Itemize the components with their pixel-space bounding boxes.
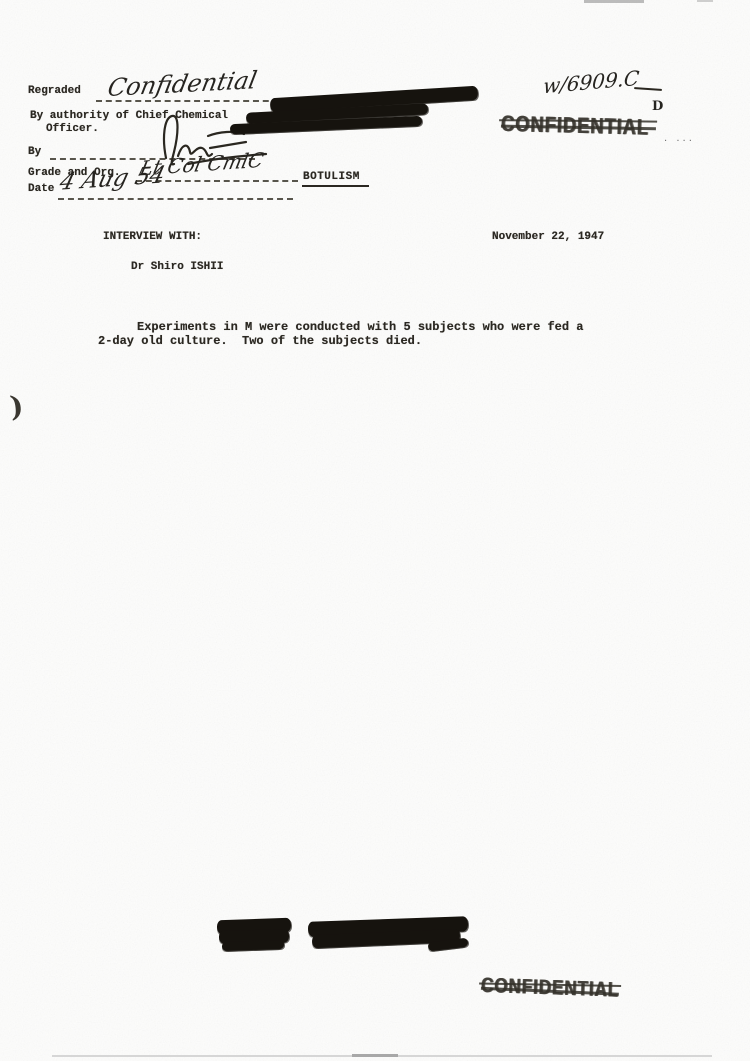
doc-number-handwritten: w/6909.C — [542, 66, 640, 99]
document-date: November 22, 1947 — [492, 231, 604, 243]
margin-paren-mark: ) — [8, 389, 25, 423]
body-paragraph-line-1: Experiments in M were conducted with 5 s… — [137, 320, 583, 334]
doc-letter-handwritten: D — [652, 99, 663, 114]
scanned-document-page: Regraded Confidential By authority of Ch… — [0, 0, 750, 1061]
ink-dots: · ··· — [664, 136, 695, 147]
scan-edge-line-dark — [352, 1054, 398, 1057]
body-paragraph-line-2: 2-day old culture. Two of the subjects d… — [98, 334, 422, 348]
by-label: By — [28, 146, 41, 158]
confidential-stamp-bottom: CONFIDENTIAL — [481, 974, 635, 1001]
subject-underline — [302, 185, 369, 187]
confidential-stamp-top: CONFIDENTIAL — [501, 112, 662, 139]
regraded-label: Regraded — [28, 85, 81, 97]
date-fill-line — [58, 198, 293, 200]
interview-with-label: INTERVIEW WITH: — [103, 231, 202, 243]
regraded-handwritten-value: Confidential — [105, 66, 259, 102]
scan-edge-smudge — [584, 0, 644, 3]
date-label: Date — [28, 183, 54, 195]
interviewee-name: Dr Shiro ISHII — [131, 261, 223, 273]
doc-number-flourish — [634, 87, 662, 91]
scan-edge-smudge — [697, 0, 713, 2]
redaction-stroke — [222, 940, 284, 951]
authority-line-2: Officer. — [46, 123, 99, 135]
subject-stamp-botulism: BOTULISM — [303, 171, 360, 183]
